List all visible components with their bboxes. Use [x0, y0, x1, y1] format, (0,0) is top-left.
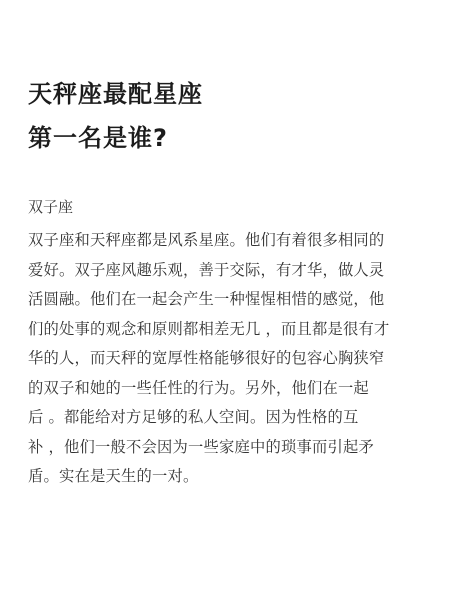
- body-line: 们的处事的观念和原则都相差无几 ，而且都是很有才: [28, 315, 428, 345]
- article-body: 双子座和天秤座都是风系星座。他们有着很多相同的 爱好。双子座风趣乐观，善于交际，…: [28, 226, 428, 492]
- body-line: 华的人，而天秤的宽厚性格能够很好的包容心胸狭窄: [28, 344, 428, 374]
- body-line: 的双子和她的一些任性的行为。另外，他们在一起: [28, 374, 428, 404]
- body-line: 双子座和天秤座都是风系星座。他们有着很多相同的: [28, 226, 428, 256]
- body-line: 补 ，他们一般不会因为一些家庭中的琐事而引起矛: [28, 433, 428, 463]
- article-title: 天秤座最配星座 第一名是谁?: [28, 72, 203, 160]
- body-line: 活圆融。他们在一起会产生一种惺惺相惜的感觉，他: [28, 285, 428, 315]
- title-line-1: 天秤座最配星座: [28, 72, 203, 116]
- body-line: 后 。都能给对方足够的私人空间。因为性格的互: [28, 403, 428, 433]
- body-line: 爱好。双子座风趣乐观，善于交际，有才华，做人灵: [28, 256, 428, 286]
- body-line: 盾。实在是天生的一对。: [28, 462, 428, 492]
- title-line-2: 第一名是谁?: [28, 116, 203, 160]
- section-heading: 双子座: [28, 196, 73, 218]
